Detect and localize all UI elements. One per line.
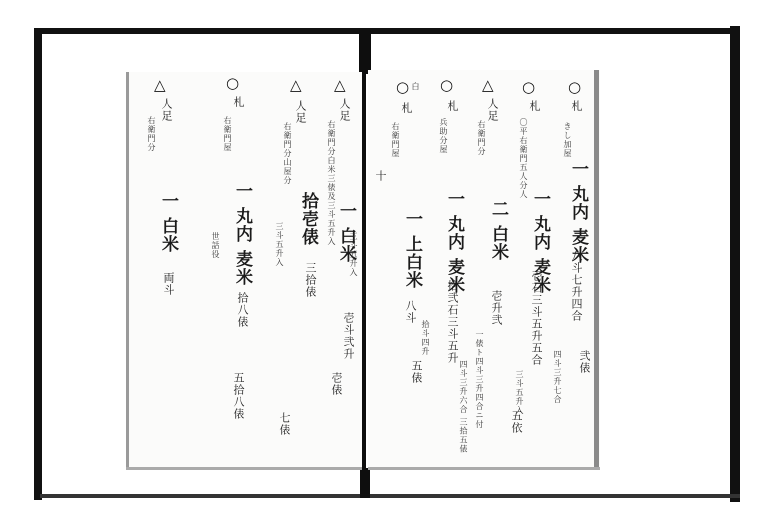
circle-mark: ○ xyxy=(226,76,239,91)
entry-sub: 兵助分屋 xyxy=(438,118,449,154)
entry-note: 三斗五升入 xyxy=(348,232,359,277)
entry-amount: 八斗 xyxy=(402,300,418,324)
entry-sub: 〇平右衛門五人分人 xyxy=(518,118,529,199)
entry-amount: 拾弐石三斗五升 xyxy=(444,280,460,364)
entry-head: 人足 xyxy=(292,100,308,124)
entry-line: 一 上白米 xyxy=(400,210,425,289)
entry-head: 札 xyxy=(230,96,246,108)
entry-sub: きし加屋 xyxy=(562,122,573,158)
circle-mark: ○ xyxy=(568,80,581,95)
entry-sub: 右衛門屋 xyxy=(222,116,233,152)
entry-tail: 壱俵 xyxy=(328,372,344,396)
entry-sub: 右衛門分山屋分 xyxy=(282,122,293,185)
entry-note: 三斗五升入 xyxy=(274,222,285,267)
entry-tail: 五俵 xyxy=(408,360,424,384)
entry-line: 拾壱俵 xyxy=(296,192,321,246)
left-page-bottom-edge xyxy=(126,467,362,470)
entry-head: 札 xyxy=(568,100,584,112)
entry-head: 札 xyxy=(398,102,414,114)
entry-note: 拾斗四升 xyxy=(420,320,431,356)
left-page: △ 人足 右衛門分白米三俵及三斗五升入 一 白米 三斗五升入 壱斗弐升 壱俵 △… xyxy=(126,72,362,470)
entry-amount: 拾八俵 xyxy=(234,292,250,328)
entry-amount: 壱升弐 xyxy=(488,290,504,326)
entry-note2: 三斗五升入 xyxy=(514,370,525,415)
entry-sub: 右衛門分 xyxy=(476,120,487,156)
entry-tail: 弐俵 xyxy=(576,350,592,374)
entry-tail: 四斗三升六合 三拾五俵 xyxy=(458,360,469,454)
entry-sub: 右衛門分 xyxy=(146,116,157,152)
left-page-edge xyxy=(126,72,129,470)
entry-note2: 一俵ト四斗三升四合ニ付 xyxy=(474,330,485,429)
triangle-mark: △ xyxy=(482,78,494,93)
triangle-mark: △ xyxy=(334,78,346,93)
entry-line: 一 丸内 麦米 xyxy=(442,190,467,294)
entry-tail: 七俵 xyxy=(276,412,292,436)
book-spine-bottom xyxy=(360,468,370,498)
entry-amount: 壱斗弐升 xyxy=(340,312,356,360)
entry-head: 札 xyxy=(526,100,542,112)
entry-note2: 四斗三升七合 xyxy=(552,350,563,404)
circle-mark: ○ xyxy=(522,80,535,95)
entry-tail: 五拾八俵 xyxy=(230,372,246,420)
triangle-mark: △ xyxy=(290,78,302,93)
entry-line: 一 白米 xyxy=(156,192,181,253)
entry-amount: 両斗 xyxy=(160,272,176,296)
entry-note: 世話役 xyxy=(210,232,221,259)
entry-amount: 三拾俵 xyxy=(302,262,318,298)
right-page-edge xyxy=(594,70,599,470)
entry-head: 人足 xyxy=(158,98,174,122)
entry-amount: 壱石三斗五升五合 xyxy=(528,270,544,366)
scan-frame-bottom xyxy=(40,494,740,498)
entry-tail: 五依 xyxy=(508,410,524,434)
entry-amount: 八斗七升四合 xyxy=(568,250,584,322)
book-spine xyxy=(359,30,371,74)
entry-line: 一 丸内 麦米 xyxy=(566,160,591,264)
entry-line: 一 丸内 麦米 xyxy=(230,182,255,286)
book-gutter xyxy=(362,70,366,470)
entry-head: 札 xyxy=(444,100,460,112)
circle-mark: ○ xyxy=(440,78,453,93)
scan-frame-right xyxy=(730,26,740,502)
right-page-bottom-edge xyxy=(368,467,600,470)
entry-head: 人足 xyxy=(484,98,500,122)
margin-note: 十 xyxy=(372,170,388,182)
entry-head: 人足 xyxy=(336,98,352,122)
scan-frame-left xyxy=(34,28,42,500)
entry-sub: 右衛門屋 xyxy=(390,122,401,158)
right-page: 十 ○ 札 きし加屋 一 丸内 麦米 八斗七升四合 四斗三升七合 弐俵 ○ 札 … xyxy=(368,70,600,470)
circle-white-mark: ○ xyxy=(396,80,409,95)
triangle-mark: △ xyxy=(154,78,166,93)
entry-mark-label: 白 xyxy=(410,82,421,91)
entry-line: 二 白米 xyxy=(486,200,511,261)
